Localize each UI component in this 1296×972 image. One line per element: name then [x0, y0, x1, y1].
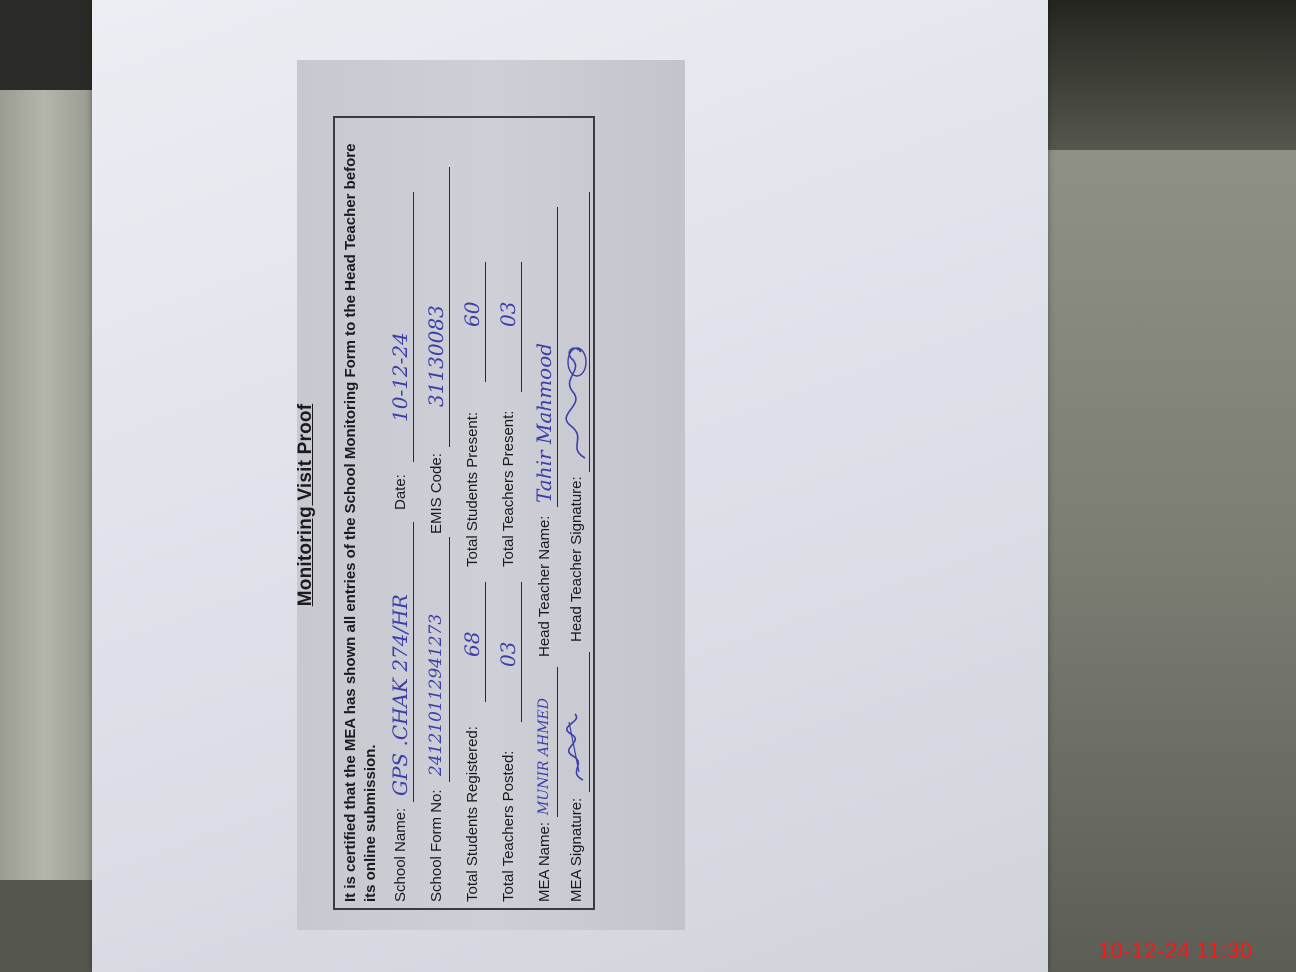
school-name-field: GPS .CHAK 274/HR [387, 522, 414, 802]
school-name-value: GPS .CHAK 274/HR [389, 594, 411, 796]
school-form-no-value: 241210112941273 [425, 614, 447, 776]
students-registered-value: 68 [461, 632, 483, 657]
row-school-name: School Name: GPS .CHAK 274/HR Date: 10-1… [387, 122, 415, 902]
row-students: Total Students Registered: 68 Total Stud… [459, 122, 487, 902]
row-signatures: MEA Signature: Head Teacher Signature: [563, 122, 591, 902]
head-teacher-signature-label: Head Teacher Signature: [563, 476, 591, 642]
head-teacher-signature-icon [565, 342, 589, 462]
students-present-field: 60 [459, 262, 486, 382]
row-school-form-no: School Form No: 241210112941273 EMIS Cod… [423, 122, 451, 902]
emis-code-value: 31130083 [425, 305, 447, 407]
background-fabric-right [1040, 150, 1296, 972]
emis-code-label: EMIS Code: [423, 453, 451, 534]
monitoring-visit-form: Monitoring Visit Proof It is certified t… [295, 100, 595, 910]
teachers-posted-field: 03 [495, 582, 522, 722]
teachers-posted-value: 03 [497, 642, 519, 667]
teachers-present-label: Total Teachers Present: [495, 411, 523, 567]
emis-code-field: 31130083 [423, 167, 450, 447]
mea-signature-label: MEA Signature: [563, 798, 591, 902]
students-registered-field: 68 [459, 582, 486, 702]
teachers-present-value: 03 [497, 302, 519, 327]
form-box: It is certified that the MEA has shown a… [333, 116, 595, 910]
school-form-no-label: School Form No: [423, 789, 451, 902]
head-teacher-name-value: Tahir Mahmood [533, 343, 555, 503]
mea-signature-icon [565, 712, 589, 782]
students-registered-label: Total Students Registered: [459, 726, 487, 902]
row-teachers: Total Teachers Posted: 03 Total Teachers… [495, 122, 523, 902]
teachers-posted-label: Total Teachers Posted: [495, 751, 523, 902]
mea-name-label: MEA Name: [531, 822, 559, 902]
school-name-label: School Name: [387, 808, 415, 902]
date-field: 10-12-24 [387, 192, 414, 462]
teachers-present-field: 03 [495, 262, 522, 392]
school-form-no-field: 241210112941273 [423, 537, 450, 782]
mea-signature-field [563, 652, 590, 792]
head-teacher-name-field: Tahir Mahmood [531, 207, 558, 507]
head-teacher-signature-field [563, 192, 590, 472]
photo-timestamp: 10-12-24 11:30 [1098, 938, 1253, 964]
date-value: 10-12-24 [389, 332, 411, 422]
row-names: MEA Name: MUNIR AHMED Head Teacher Name:… [531, 122, 559, 902]
certification-text: It is certified that the MEA has shown a… [341, 122, 381, 902]
students-present-label: Total Students Present: [459, 412, 487, 567]
form-title: Monitoring Visit Proof [295, 100, 317, 910]
date-label: Date: [387, 474, 415, 510]
students-present-value: 60 [461, 302, 483, 327]
head-teacher-name-label: Head Teacher Name: [531, 516, 559, 657]
background-dark-top-right [1030, 0, 1296, 150]
mea-name-value: MUNIR AHMED [533, 698, 555, 815]
mea-name-field: MUNIR AHMED [531, 667, 558, 817]
